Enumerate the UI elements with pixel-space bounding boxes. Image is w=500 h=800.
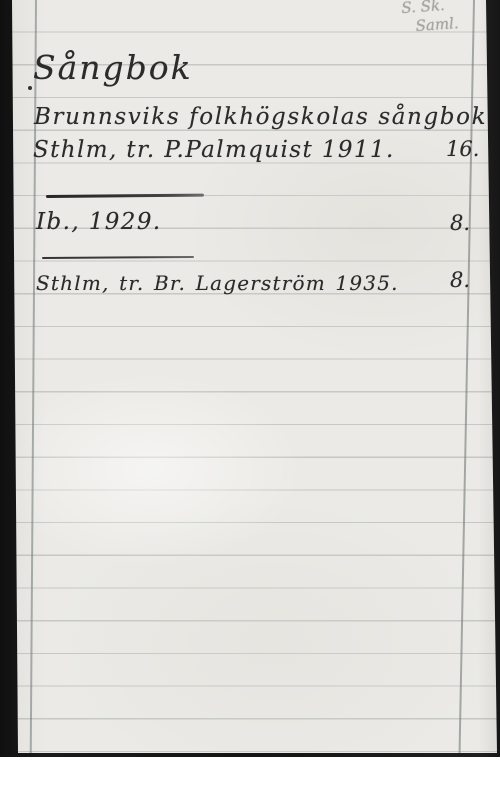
- entry1-number: 16.: [446, 137, 472, 161]
- entry1-title-line: Brunnsviks folkhögskolas sångbok.: [34, 104, 496, 130]
- scan-background: S. Sk. Saml. Sångbok Brunnsviks folkhögs…: [0, 0, 500, 757]
- ledger-paper: S. Sk. Saml. Sångbok Brunnsviks folkhögs…: [0, 0, 500, 757]
- entry2-line: Ib., 1929.: [36, 209, 162, 235]
- separator-line-2: [42, 256, 194, 259]
- page-title: Sångbok: [33, 48, 193, 87]
- corner-annotation-line2: Saml.: [415, 14, 459, 36]
- title-leading-dot: [28, 86, 32, 90]
- entry3-number: 8.: [444, 268, 470, 292]
- entry3-line: Sthlm, tr. Br. Lagerström 1935.: [36, 271, 399, 295]
- corner-annotation: S. Sk. Saml.: [401, 0, 459, 36]
- entry1-imprint-line: Sthlm, tr. P.Palmquist 1911.: [33, 137, 395, 163]
- entry2-number: 8.: [444, 211, 470, 235]
- scanned-catalog-card: S. Sk. Saml. Sångbok Brunnsviks folkhögs…: [0, 0, 500, 800]
- separator-line-1: [46, 194, 204, 198]
